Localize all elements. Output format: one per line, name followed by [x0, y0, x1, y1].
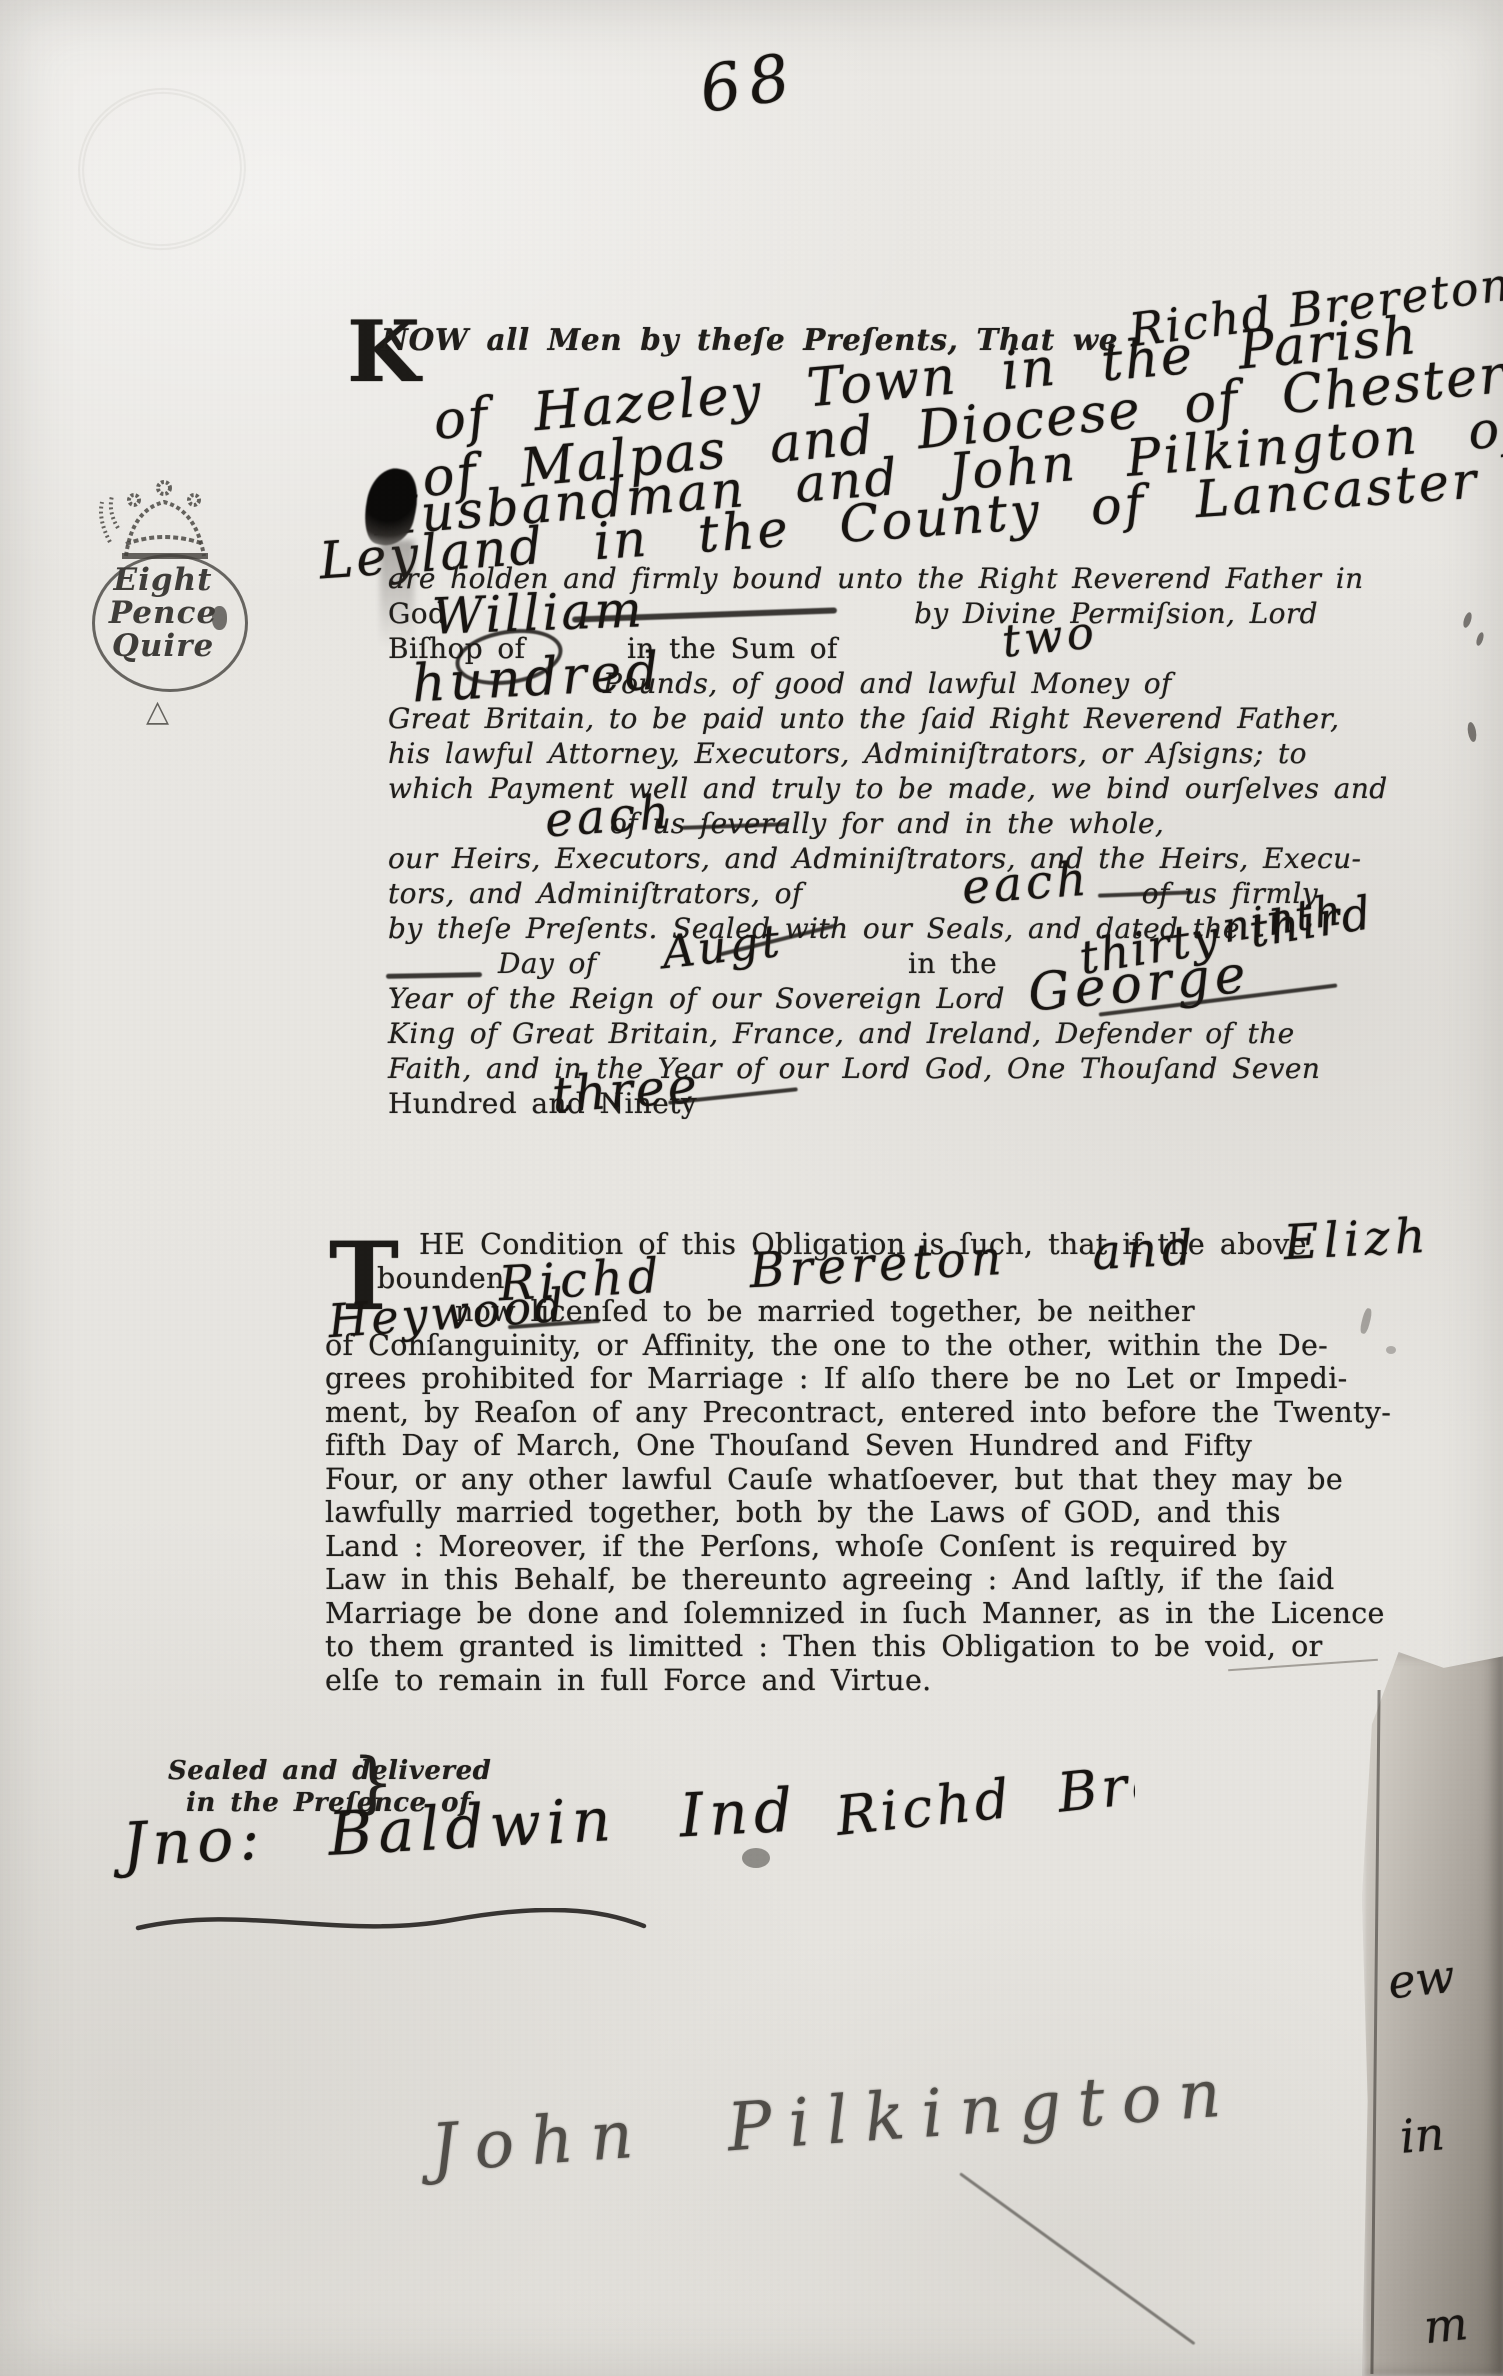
margin-mark — [1386, 1346, 1396, 1354]
hw-month: Augt — [660, 918, 784, 975]
hw-sum-hundred: hundred — [411, 645, 664, 710]
hw-sum-amount: two — [1000, 609, 1100, 664]
attestation-line-1: Sealed and delivered — [168, 1756, 491, 1786]
printed-line: Four, or any other lawful Cauſe whatſoev… — [325, 1463, 1373, 1497]
second-signature: John Pilkington — [429, 2060, 1240, 2182]
hw-each-1: each — [544, 789, 675, 845]
printed-line: ment, by Reaſon of any Precontract, ente… — [325, 1396, 1373, 1430]
ink-spot — [742, 1848, 770, 1868]
stamp-word-1: Eight — [88, 564, 238, 597]
printed-segment: in the — [908, 947, 997, 980]
printed-segment: by Divine Permiſsion, Lord — [914, 597, 1318, 632]
printed-line: to them granted is limitted : Then this … — [325, 1630, 1373, 1664]
torn-paper-strip — [1362, 1652, 1503, 2376]
printed-line: his lawful Attorney, Executors, Adminiſt… — [388, 737, 1318, 772]
crown-icon — [88, 472, 238, 564]
ink-fragment-3: m — [1421, 2296, 1470, 2354]
ink-fragment-2: in — [1398, 2106, 1447, 2164]
second-signature-tail — [959, 2172, 1195, 2345]
printed-line: our Heirs, Executors, and Adminiſtrators… — [388, 842, 1318, 877]
margin-mark — [1466, 721, 1477, 742]
printed-line: Hundred and Ninety — [388, 1087, 1318, 1122]
ink-fragment-1: ew — [1385, 1949, 1457, 2010]
page-number: 68 — [696, 45, 802, 123]
printed-line: King of Great Britain, France, and Irela… — [388, 1017, 1318, 1052]
groom-signature: Richd Brereton — [835, 1752, 1135, 1844]
document-page: 68 Eight Pence Quire △ K NOW all Men by … — [0, 0, 1503, 2376]
printed-line: Land : Moreover, if the Perſons, whoſe C… — [325, 1530, 1373, 1564]
printed-segment: tors, and Adminiſtrators, of — [388, 877, 803, 912]
printed-line: Faith, and in the Year of our Lord God, … — [388, 1052, 1318, 1087]
embossed-stamp-circle — [65, 75, 259, 264]
printed-line: fifth Day of March, One Thouſand Seven H… — [325, 1429, 1373, 1463]
printed-line: lawfully married together, both by the L… — [325, 1496, 1373, 1530]
printed-line: which Payment well and truly to be made,… — [388, 772, 1318, 807]
printed-line: grees prohibited for Marriage : If alſo … — [325, 1362, 1373, 1396]
hw-each-2: each — [961, 856, 1092, 912]
stamp-triangle: △ — [146, 694, 169, 729]
margin-mark — [1475, 631, 1485, 646]
printed-line: of us ſeverally for and in the whole, — [388, 807, 1318, 842]
printed-line: Law in this Behalf, be thereunto agreein… — [325, 1563, 1373, 1597]
hw-year-word: three — [550, 1061, 701, 1120]
printed-line: Marriage be done and ſolemnized in ſuch … — [325, 1597, 1373, 1631]
duty-stamp: Eight Pence Quire △ — [88, 472, 298, 752]
stamp-word-3: Quire — [88, 630, 238, 663]
margin-mark — [1462, 611, 1474, 628]
stamp-mark — [212, 606, 227, 630]
printed-line: elſe to remain in full Force and Virtue. — [325, 1664, 1373, 1698]
witness-flourish — [132, 1908, 652, 1942]
groom-signature-clip: Richd Brereton — [835, 1752, 1135, 1892]
